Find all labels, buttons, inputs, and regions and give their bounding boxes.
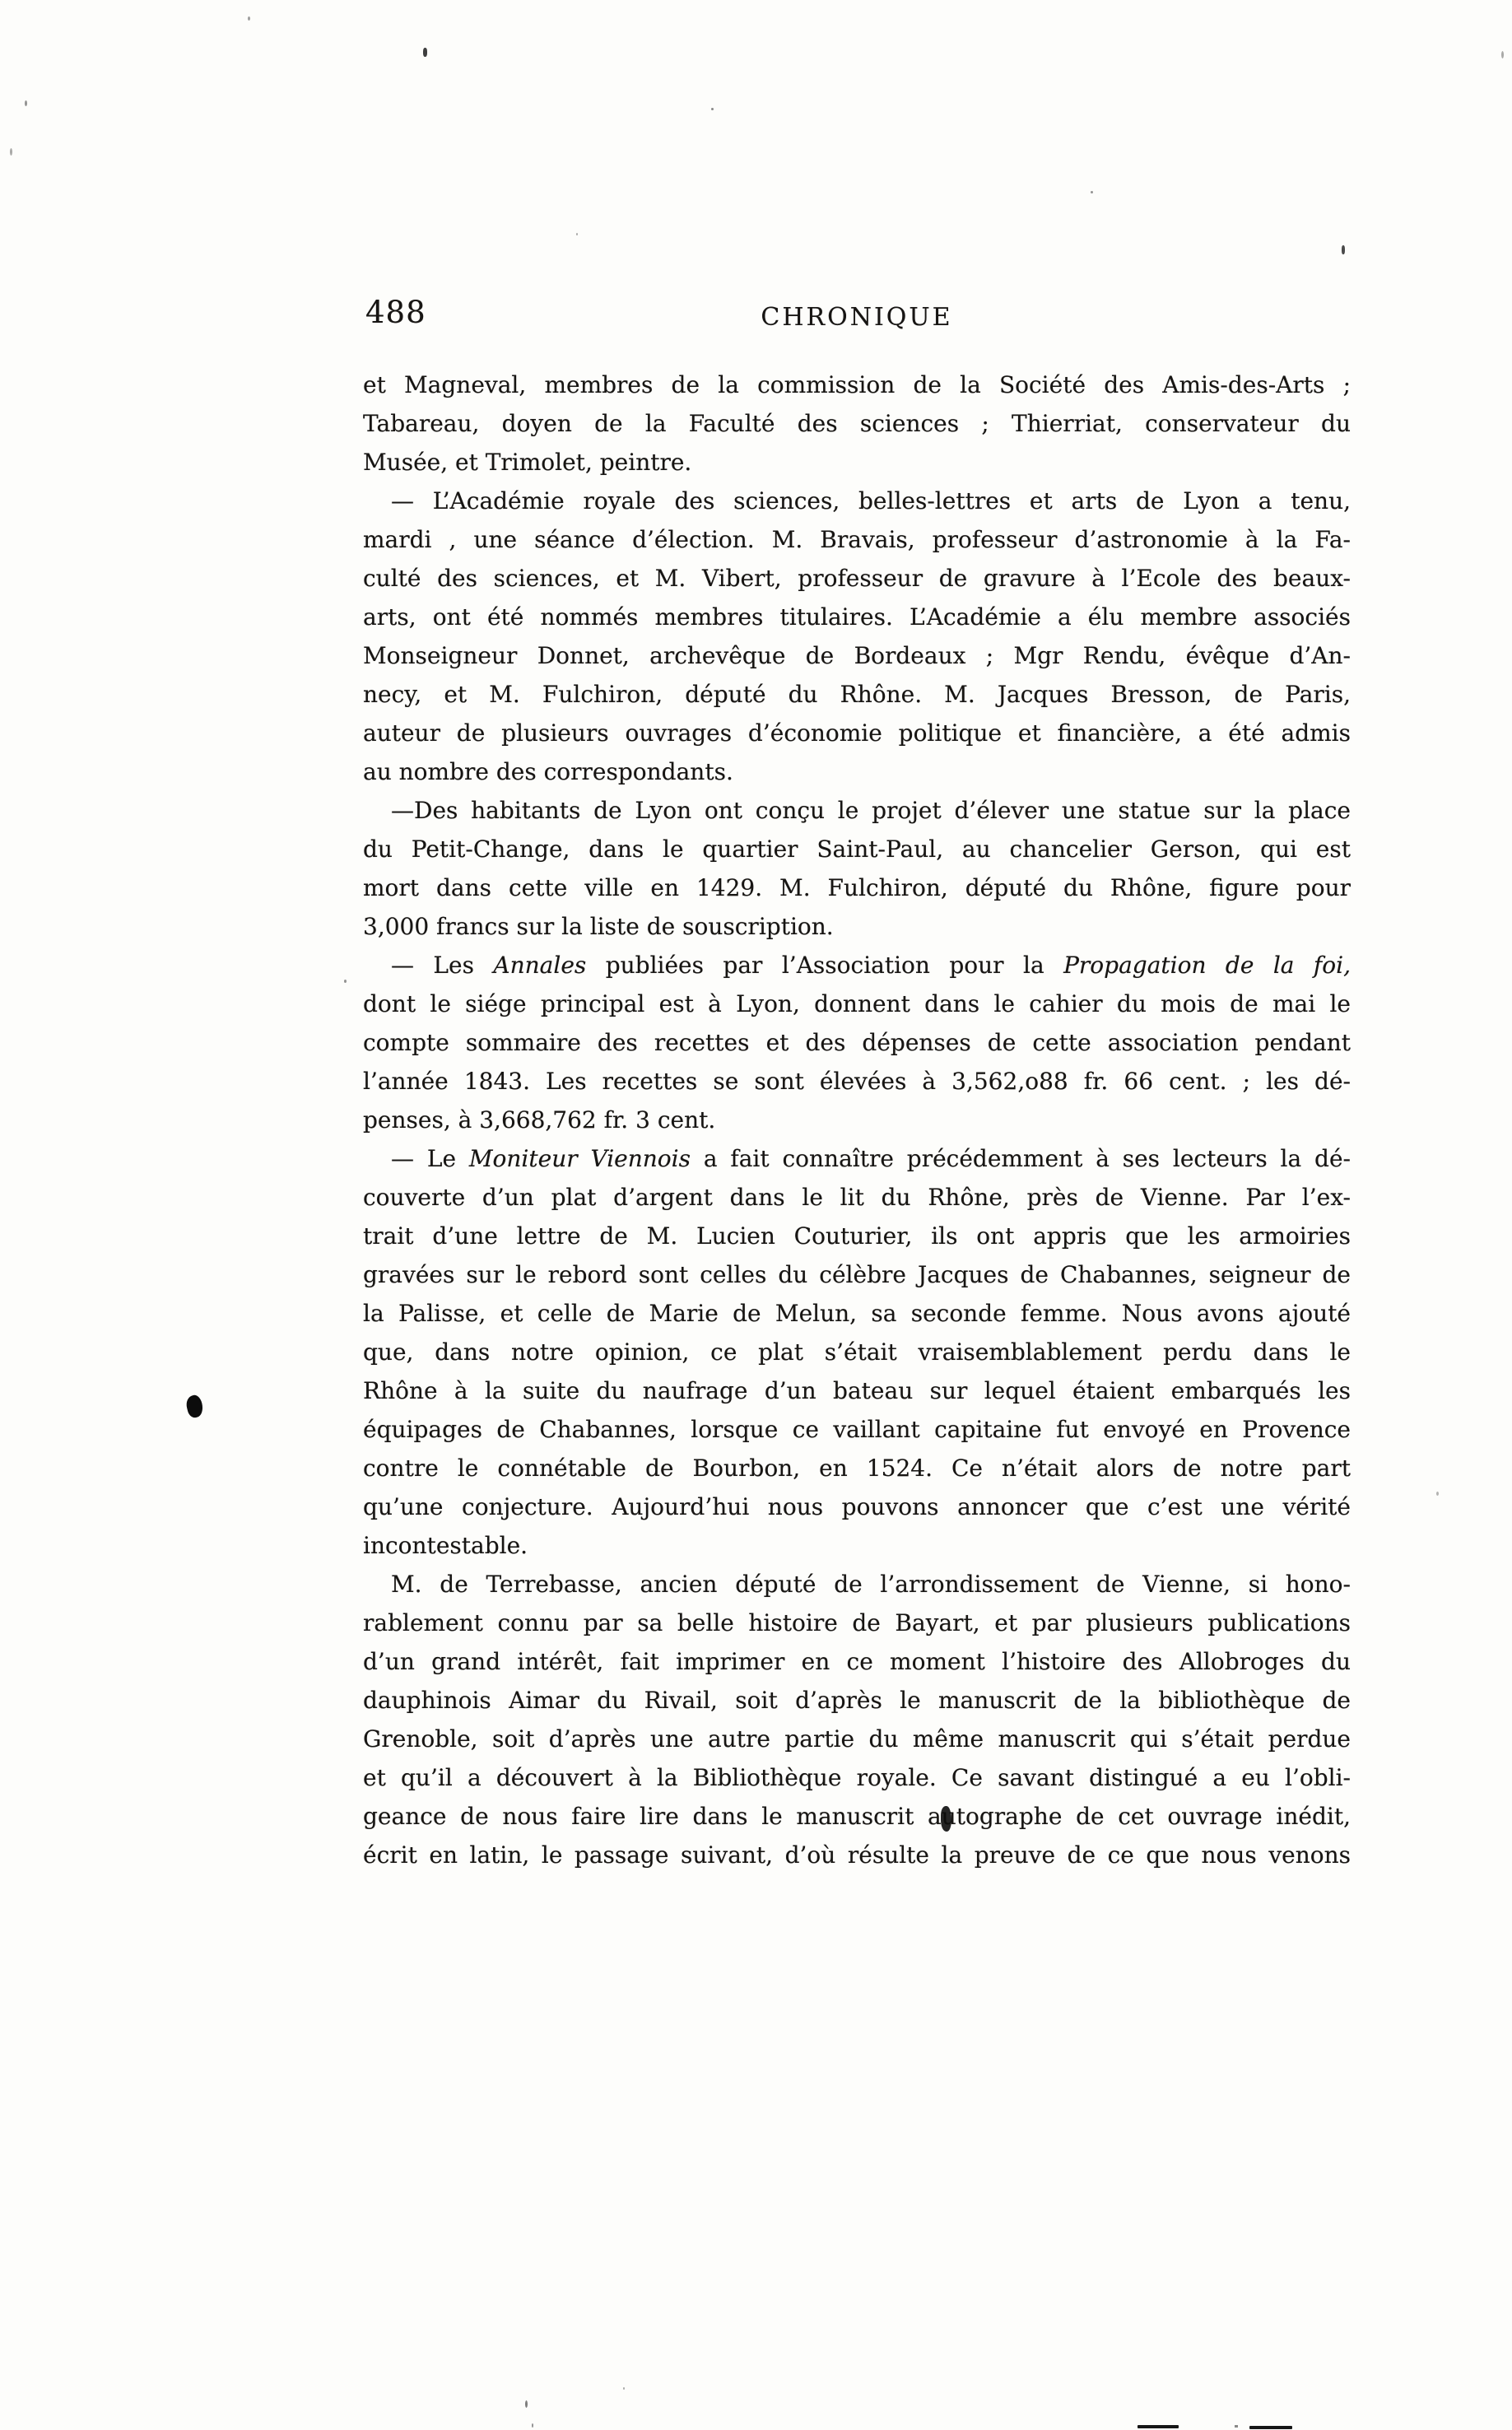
text-line: Musée, et Trimolet, peintre. [363, 443, 1351, 482]
text-line: M. de Terrebasse, ancien député de l’arr… [363, 1565, 1351, 1604]
text-segment: la Palisse, et celle de Marie de Melun, … [363, 1300, 1351, 1327]
text-segment: que, dans notre opinion, ce plat s’était… [363, 1338, 1351, 1366]
text-segment: Monseigneur Donnet, archevêque de Bordea… [363, 642, 1351, 669]
scan-speck [576, 233, 578, 235]
scan-speck [10, 148, 12, 156]
paragraph-5: — Le Moniteur Viennois a fait connaître … [363, 1139, 1351, 1565]
text-line: l’année 1843. Les recettes se sont élevé… [363, 1062, 1351, 1101]
text-segment: trait d’une lettre de M. Lucien Couturie… [363, 1222, 1351, 1250]
paragraph-1: et Magneval, membres de la commission de… [363, 365, 1351, 482]
text-segment: d’un grand intérêt, fait imprimer en ce … [363, 1648, 1351, 1675]
text-line: auteur de plusieurs ouvrages d’économie … [363, 714, 1351, 752]
text-line: geance de nous faire lire dans le manusc… [363, 1797, 1351, 1836]
text-line: d’un grand intérêt, fait imprimer en ce … [363, 1642, 1351, 1681]
paragraph-4: — Les Annales publiées par l’Association… [363, 946, 1351, 1139]
text-line: compte sommaire des recettes et des dépe… [363, 1023, 1351, 1062]
text-line: au nombre des correspondants. [363, 752, 1351, 791]
text-segment: l’année 1843. Les recettes se sont élevé… [363, 1068, 1351, 1095]
text-segment: au nombre des correspondants. [363, 758, 733, 785]
text-line: mardi , une séance d’élection. M. Bravai… [363, 520, 1351, 559]
scan-speck [25, 100, 27, 106]
text-segment: gravées sur le rebord sont celles du cél… [363, 1261, 1351, 1288]
text-line: du Petit-Change, dans le quartier Saint-… [363, 830, 1351, 868]
text-line: Tabareau, doyen de la Faculté des scienc… [363, 404, 1351, 443]
scan-speck [711, 108, 714, 110]
text-segment: Tabareau, doyen de la Faculté des scienc… [363, 410, 1351, 437]
text-segment: auteur de plusieurs ouvrages d’économie … [363, 719, 1351, 747]
text-segment: necy, et M. Fulchiron, député du Rhône. … [363, 681, 1351, 708]
text-line: arts, ont été nommés membres titulaires.… [363, 598, 1351, 636]
text-block: et Magneval, membres de la commission de… [363, 365, 1351, 1874]
italic-text-segment: Annales [493, 952, 586, 979]
text-segment: rablement connu par sa belle histoire de… [363, 1609, 1351, 1636]
text-line: penses, à 3,668,762 fr. 3 cent. [363, 1101, 1351, 1139]
scan-speck [623, 2387, 625, 2390]
scan-speck [1091, 191, 1093, 193]
text-segment: mardi , une séance d’élection. M. Bravai… [363, 526, 1351, 553]
text-line: dont le siége principal est à Lyon, donn… [363, 985, 1351, 1023]
text-line: — Les Annales publiées par l’Association… [363, 946, 1351, 985]
text-line: incontestable. [363, 1526, 1351, 1565]
bottom-rule-fragment [1249, 2426, 1292, 2429]
word-ink-blot [941, 1806, 951, 1832]
paragraph-2: — L’Académie royale des sciences, belles… [363, 482, 1351, 791]
paragraph-6: M. de Terrebasse, ancien député de l’arr… [363, 1565, 1351, 1874]
text-line: Rhône à la suite du naufrage d’un bateau… [363, 1371, 1351, 1410]
scan-speck [1501, 51, 1504, 58]
text-segment: —Des habitants de Lyon ont conçu le proj… [391, 797, 1351, 824]
text-segment: penses, à 3,668,762 fr. 3 cent. [363, 1106, 715, 1134]
text-segment: — Les [391, 952, 493, 979]
italic-text-segment: Propagation de la foi, [1063, 952, 1351, 979]
scan-speck [525, 2400, 528, 2408]
scan-speck [1436, 1492, 1439, 1496]
italic-text-segment: Moniteur Viennois [469, 1145, 691, 1172]
text-segment: a fait connaître précédemment à ses lect… [691, 1145, 1351, 1172]
text-segment: Musée, et Trimolet, peintre. [363, 449, 691, 476]
text-segment: écrit en latin, le passage suivant, d’où… [363, 1841, 1351, 1869]
text-line: gravées sur le rebord sont celles du cél… [363, 1255, 1351, 1294]
text-line: — L’Académie royale des sciences, belles… [363, 482, 1351, 520]
text-line: mort dans cette ville en 1429. M. Fulchi… [363, 868, 1351, 907]
text-line: — Le Moniteur Viennois a fait connaître … [363, 1139, 1351, 1178]
text-line: trait d’une lettre de M. Lucien Couturie… [363, 1217, 1351, 1255]
text-segment: Rhône à la suite du naufrage d’un bateau… [363, 1377, 1351, 1404]
text-segment: arts, ont été nommés membres titulaires.… [363, 603, 1351, 631]
scan-speck [532, 2423, 533, 2428]
text-segment: compte sommaire des recettes et des dépe… [363, 1029, 1351, 1056]
text-segment: et qu’il a découvert à la Bibliothèque r… [363, 1764, 1351, 1791]
text-segment: — Le [391, 1145, 469, 1172]
text-line: 3,000 francs sur la liste de souscriptio… [363, 907, 1351, 946]
margin-ink-blot [184, 1394, 205, 1419]
text-line: dauphinois Aimar du Rivail, soit d’après… [363, 1681, 1351, 1720]
text-segment: dont le siége principal est à Lyon, donn… [363, 990, 1351, 1017]
running-header-title: CHRONIQUE [363, 301, 1351, 334]
text-segment: incontestable. [363, 1532, 528, 1559]
scan-speck [248, 16, 250, 21]
text-line: que, dans notre opinion, ce plat s’était… [363, 1333, 1351, 1371]
text-line: et Magneval, membres de la commission de… [363, 365, 1351, 404]
text-segment: Grenoble, soit d’après une autre partie … [363, 1725, 1351, 1753]
paragraph-3: —Des habitants de Lyon ont conçu le proj… [363, 791, 1351, 946]
scanned-document-page: 488 CHRONIQUE et Magneval, membres de la… [0, 0, 1512, 2430]
text-line: culté des sciences, et M. Vibert, profes… [363, 559, 1351, 598]
text-line: équipages de Chabannes, lorsque ce vaill… [363, 1410, 1351, 1449]
text-segment: du Petit-Change, dans le quartier Saint-… [363, 836, 1351, 863]
scan-speck [1235, 2425, 1238, 2428]
text-segment: M. de Terrebasse, ancien député de l’arr… [391, 1571, 1351, 1598]
text-segment: geance de nous faire lire dans le manusc… [363, 1803, 1351, 1830]
scan-speck [1342, 245, 1345, 254]
text-segment: et Magneval, membres de la commission de… [363, 371, 1351, 398]
text-segment: culté des sciences, et M. Vibert, profes… [363, 565, 1351, 592]
text-segment: — L’Académie royale des sciences, belles… [391, 487, 1351, 514]
bottom-rule-fragment [1137, 2425, 1179, 2428]
text-segment: mort dans cette ville en 1429. M. Fulchi… [363, 874, 1351, 901]
text-segment: équipages de Chabannes, lorsque ce vaill… [363, 1416, 1351, 1443]
text-segment: qu’une conjecture. Aujourd’hui nous pouv… [363, 1493, 1351, 1520]
text-line: Grenoble, soit d’après une autre partie … [363, 1720, 1351, 1758]
text-line: couverte d’un plat d’argent dans le lit … [363, 1178, 1351, 1217]
scan-speck [423, 48, 427, 57]
text-segment: 3,000 francs sur la liste de souscriptio… [363, 913, 834, 940]
text-segment: couverte d’un plat d’argent dans le lit … [363, 1184, 1351, 1211]
text-line: necy, et M. Fulchiron, député du Rhône. … [363, 675, 1351, 714]
scan-speck [344, 980, 347, 983]
text-segment: dauphinois Aimar du Rivail, soit d’après… [363, 1687, 1351, 1714]
text-line: la Palisse, et celle de Marie de Melun, … [363, 1294, 1351, 1333]
text-line: rablement connu par sa belle histoire de… [363, 1604, 1351, 1642]
text-segment: publiées par l’Association pour la [586, 952, 1063, 979]
text-segment: contre le connétable de Bourbon, en 1524… [363, 1455, 1351, 1482]
text-line: écrit en latin, le passage suivant, d’où… [363, 1836, 1351, 1874]
text-line: Monseigneur Donnet, archevêque de Bordea… [363, 636, 1351, 675]
text-line: qu’une conjecture. Aujourd’hui nous pouv… [363, 1487, 1351, 1526]
text-line: —Des habitants de Lyon ont conçu le proj… [363, 791, 1351, 830]
text-line: et qu’il a découvert à la Bibliothèque r… [363, 1758, 1351, 1797]
text-line: contre le connétable de Bourbon, en 1524… [363, 1449, 1351, 1487]
